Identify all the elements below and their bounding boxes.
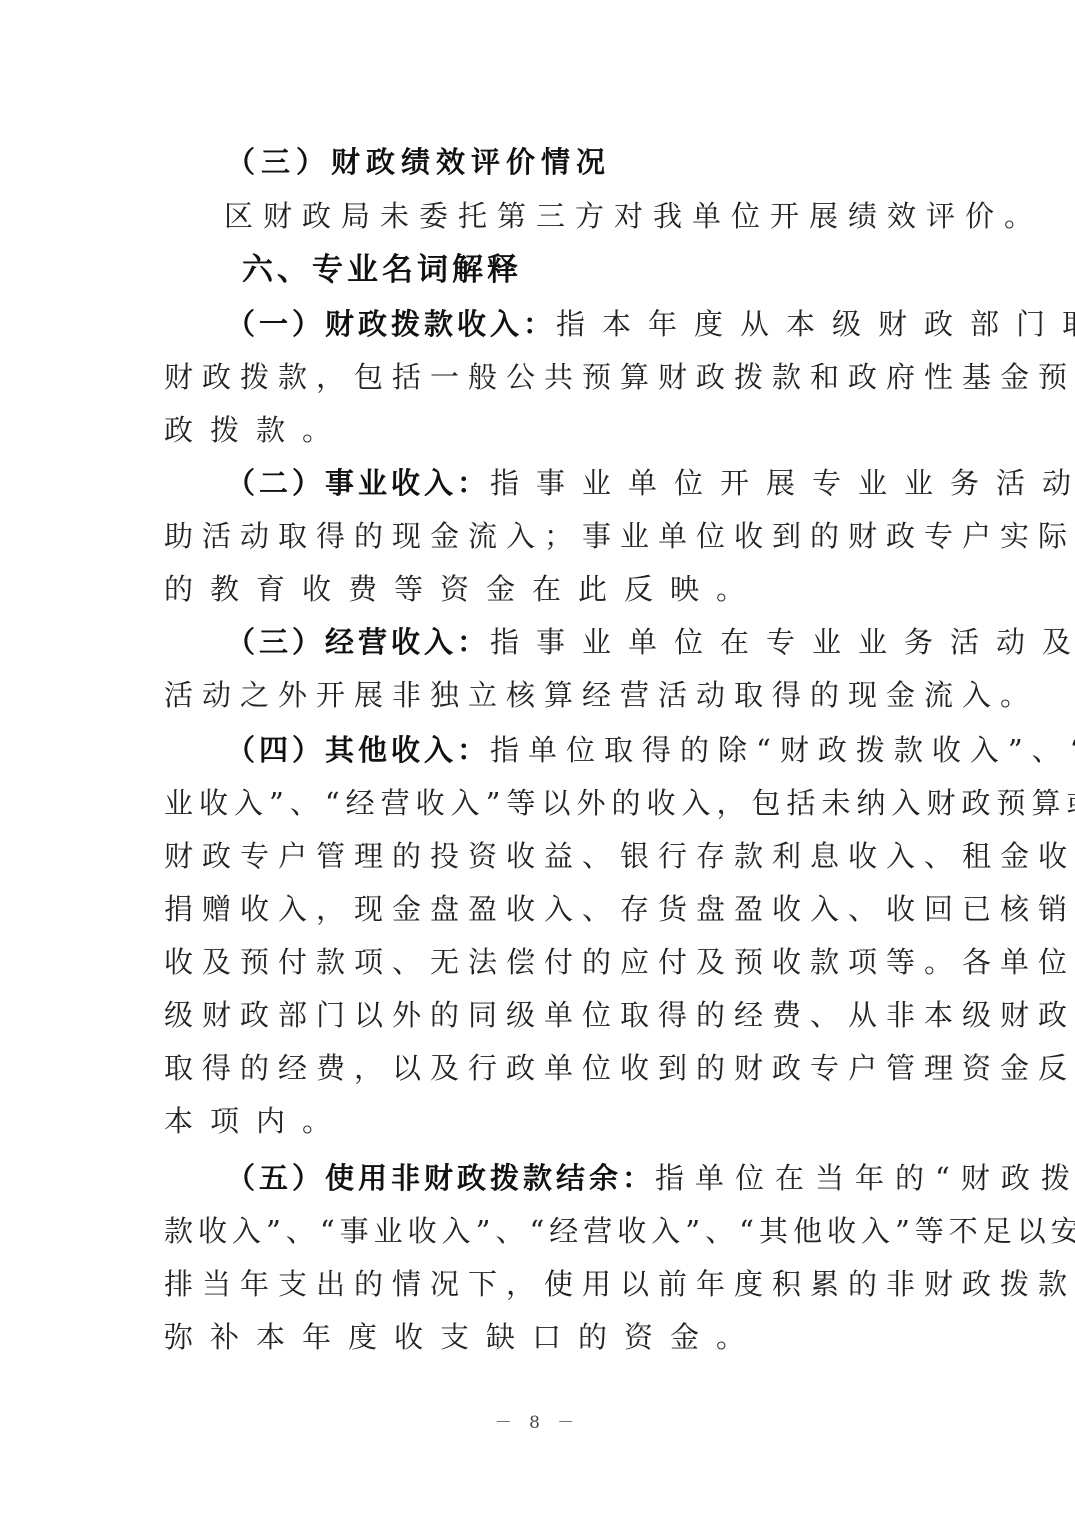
- term-text-line: 指事业单位开展专业业务活动及其辅: [490, 466, 1075, 500]
- term-text-line: 指单位在当年的“财政拨: [655, 1161, 1075, 1195]
- term-text-line: 业收入”、“经营收入”等以外的收入，包括未纳入财政预算或: [164, 783, 1075, 823]
- term-text-line: 捐赠收入，现金盘盈收入、存货盘盈收入、收回已核销的应: [164, 889, 1075, 929]
- term-label: （二）事业收入：: [226, 466, 490, 500]
- term-text-line: 的教育收费等资金在此反映。: [164, 569, 762, 609]
- term-text-line: 取得的经费，以及行政单位收到的财政专户管理资金反映在: [164, 1048, 1075, 1088]
- term-text-line: 财政专户管理的投资收益、银行存款利息收入、租金收入、: [164, 836, 1075, 876]
- term-text-line: 指本年度从本级财政部门取得的: [556, 307, 1075, 341]
- term-text-line: 助活动取得的现金流入；事业单位收到的财政专户实际核拨: [164, 516, 1075, 556]
- section-3-heading: （三）财政绩效评价情况: [226, 142, 611, 182]
- term-text-line: 政拨款。: [164, 410, 348, 450]
- section-6-heading: 六、专业名词解释: [242, 250, 522, 290]
- section-3-body: 区财政局未委托第三方对我单位开展绩效评价。: [224, 196, 1043, 236]
- document-page: （三）财政绩效评价情况 区财政局未委托第三方对我单位开展绩效评价。 六、专业名词…: [0, 0, 1075, 1520]
- term-label: （五）使用非财政拨款结余：: [226, 1161, 655, 1195]
- term-text-line: 级财政部门以外的同级单位取得的经费、从非本级财政部门: [164, 995, 1075, 1035]
- term-text-line: 财政拨款，包括一般公共预算财政拨款和政府性基金预算财: [164, 357, 1075, 397]
- term-item-3: （三）经营收入：指事业单位在专业业务活动及其辅助: [226, 622, 1075, 662]
- term-text-line: 本项内。: [164, 1101, 348, 1141]
- term-text-line: 弥补本年度收支缺口的资金。: [164, 1317, 762, 1357]
- term-text-line: 收及预付款项、无法偿付的应付及预收款项等。各单位从本: [164, 942, 1075, 982]
- term-label: （一）财政拨款收入：: [226, 307, 556, 341]
- term-text-line: 款收入”、“事业收入”、“经营收入”、“其他收入”等不足以安: [164, 1211, 1075, 1251]
- term-item-1: （一）财政拨款收入：指本年度从本级财政部门取得的: [226, 304, 1075, 344]
- page-number: － 8 －: [0, 1408, 1075, 1433]
- term-item-4: （四）其他收入：指单位取得的除“财政拨款收入”、“事: [226, 730, 1075, 770]
- term-text-line: 活动之外开展非独立核算经营活动取得的现金流入。: [164, 675, 1038, 715]
- term-text-line: 排当年支出的情况下，使用以前年度积累的非财政拨款结余: [164, 1264, 1075, 1304]
- term-item-5: （五）使用非财政拨款结余：指单位在当年的“财政拨: [226, 1158, 1075, 1198]
- term-label: （四）其他收入：: [226, 733, 490, 767]
- term-item-2: （二）事业收入：指事业单位开展专业业务活动及其辅: [226, 463, 1075, 503]
- term-text-line: 指事业单位在专业业务活动及其辅助: [490, 625, 1075, 659]
- term-label: （三）经营收入：: [226, 625, 490, 659]
- term-text-line: 指单位取得的除“财政拨款收入”、“事: [490, 733, 1075, 767]
